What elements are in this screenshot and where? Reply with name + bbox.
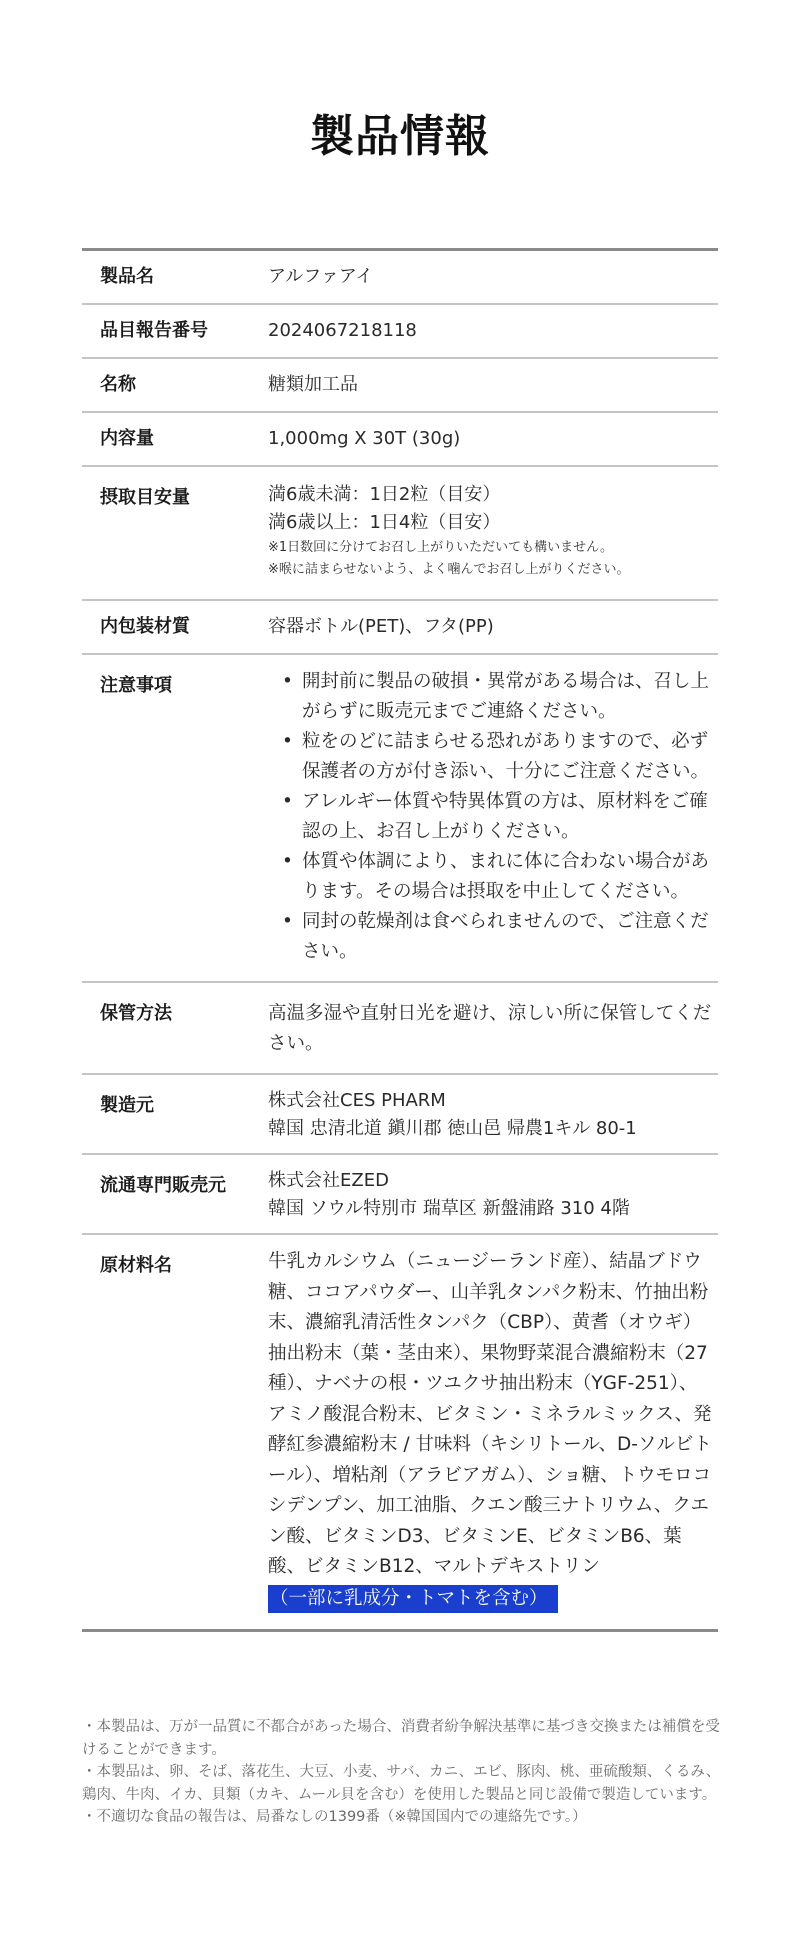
manufacturer-company: 株式会社CES PHARM: [268, 1087, 712, 1115]
product-info-table: 製品名 アルファアイ 品目報告番号 2024067218118 名称 糖類加工品…: [82, 248, 718, 1632]
row-label: 内包装材質: [82, 601, 268, 653]
intake-line: 満6歳未満：1日2粒（目安）: [268, 481, 712, 509]
footnote-item: ・不適切な食品の報告は、局番なしの1399番（※韓国国内での連絡先です。）: [82, 1806, 722, 1829]
row-label: 名称: [82, 359, 268, 411]
row-value: 牛乳カルシウム（ニュージーランド産）、結晶ブドウ糖、ココアパウダー、山羊乳タンパ…: [268, 1235, 718, 1629]
row-ingredients: 原材料名 牛乳カルシウム（ニュージーランド産）、結晶ブドウ糖、ココアパウダー、山…: [82, 1235, 718, 1629]
footnote-item: ・本製品は、卵、そば、落花生、大豆、小麦、サバ、カニ、エビ、豚肉、桃、亜硫酸類、…: [82, 1761, 722, 1806]
row-value: 1,000mg X 30T (30g): [268, 413, 718, 465]
row-storage: 保管方法 高温多湿や直射日光を避け、涼しい所に保管してください。: [82, 983, 718, 1075]
caution-item: 同封の乾燥剤は食べられませんので、ご注意ください。: [282, 907, 712, 967]
distributor-company: 株式会社EZED: [268, 1167, 712, 1195]
row-manufacturer: 製造元 株式会社CES PHARM 韓国 忠清北道 鎭川郡 徳山邑 帰農1キル …: [82, 1075, 718, 1155]
intake-line: 満6歳以上：1日4粒（目安）: [268, 509, 712, 537]
row-value: 開封前に製品の破損・異常がある場合は、召し上がらずに販売元までご連絡ください。 …: [268, 655, 718, 981]
footnote-item: ・本製品は、万が一品質に不都合があった場合、消費者紛争解決基準に基づき交換または…: [82, 1716, 722, 1761]
caution-item: 粒をのどに詰まらせる恐れがありますので、必ず保護者の方が付き添い、十分にご注意く…: [282, 727, 712, 787]
row-label: 内容量: [82, 413, 268, 465]
row-label: 製品名: [82, 251, 268, 303]
caution-item: 体質や体調により、まれに体に合わない場合があります。その場合は摂取を中止してくだ…: [282, 847, 712, 907]
caution-item: 開封前に製品の破損・異常がある場合は、召し上がらずに販売元までご連絡ください。: [282, 667, 712, 727]
row-value: 株式会社EZED 韓国 ソウル特別市 瑞草区 新盤浦路 310 4階: [268, 1155, 718, 1233]
row-value: 高温多湿や直射日光を避け、涼しい所に保管してください。: [268, 983, 718, 1073]
row-label: 保管方法: [82, 983, 268, 1073]
footnotes: ・本製品は、万が一品質に不都合があった場合、消費者紛争解決基準に基づき交換または…: [82, 1716, 722, 1829]
allergen-highlight: （一部に乳成分・トマトを含む）: [268, 1585, 558, 1613]
row-distributor: 流通専門販売元 株式会社EZED 韓国 ソウル特別市 瑞草区 新盤浦路 310 …: [82, 1155, 718, 1235]
ingredients-text: 牛乳カルシウム（ニュージーランド産）、結晶ブドウ糖、ココアパウダー、山羊乳タンパ…: [268, 1247, 712, 1583]
caution-list: 開封前に製品の破損・異常がある場合は、召し上がらずに販売元までご連絡ください。 …: [268, 667, 712, 967]
distributor-address: 韓国 ソウル特別市 瑞草区 新盤浦路 310 4階: [268, 1195, 712, 1223]
caution-item: アレルギー体質や特異体質の方は、原材料をご確認の上、お召し上がりください。: [282, 787, 712, 847]
row-content: 内容量 1,000mg X 30T (30g): [82, 413, 718, 467]
row-label: 原材料名: [82, 1235, 268, 1629]
row-value: アルファアイ: [268, 251, 718, 303]
intake-note: ※1日数回に分けてお召し上がりいただいても構いません。: [268, 537, 712, 559]
row-intake: 摂取目安量 満6歳未満：1日2粒（目安） 満6歳以上：1日4粒（目安） ※1日数…: [82, 467, 718, 601]
row-value: 2024067218118: [268, 305, 718, 357]
row-report-number: 品目報告番号 2024067218118: [82, 305, 718, 359]
row-value: 糖類加工品: [268, 359, 718, 411]
row-label: 製造元: [82, 1075, 268, 1153]
row-product-name: 製品名 アルファアイ: [82, 251, 718, 305]
row-value: 満6歳未満：1日2粒（目安） 満6歳以上：1日4粒（目安） ※1日数回に分けてお…: [268, 467, 718, 599]
row-cautions: 注意事項 開封前に製品の破損・異常がある場合は、召し上がらずに販売元までご連絡く…: [82, 655, 718, 983]
row-label: 流通専門販売元: [82, 1155, 268, 1233]
row-value: 容器ボトル(PET)、フタ(PP): [268, 601, 718, 653]
intake-note: ※喉に詰まらせないよう、よく噛んでお召し上がりください。: [268, 559, 712, 581]
row-value: 株式会社CES PHARM 韓国 忠清北道 鎭川郡 徳山邑 帰農1キル 80-1: [268, 1075, 718, 1153]
manufacturer-address: 韓国 忠清北道 鎭川郡 徳山邑 帰農1キル 80-1: [268, 1115, 712, 1143]
row-label: 品目報告番号: [82, 305, 268, 357]
page-title: 製品情報: [0, 100, 800, 164]
row-label: 注意事項: [82, 655, 268, 981]
row-label: 摂取目安量: [82, 467, 268, 599]
row-name: 名称 糖類加工品: [82, 359, 718, 413]
row-packaging: 内包装材質 容器ボトル(PET)、フタ(PP): [82, 601, 718, 655]
